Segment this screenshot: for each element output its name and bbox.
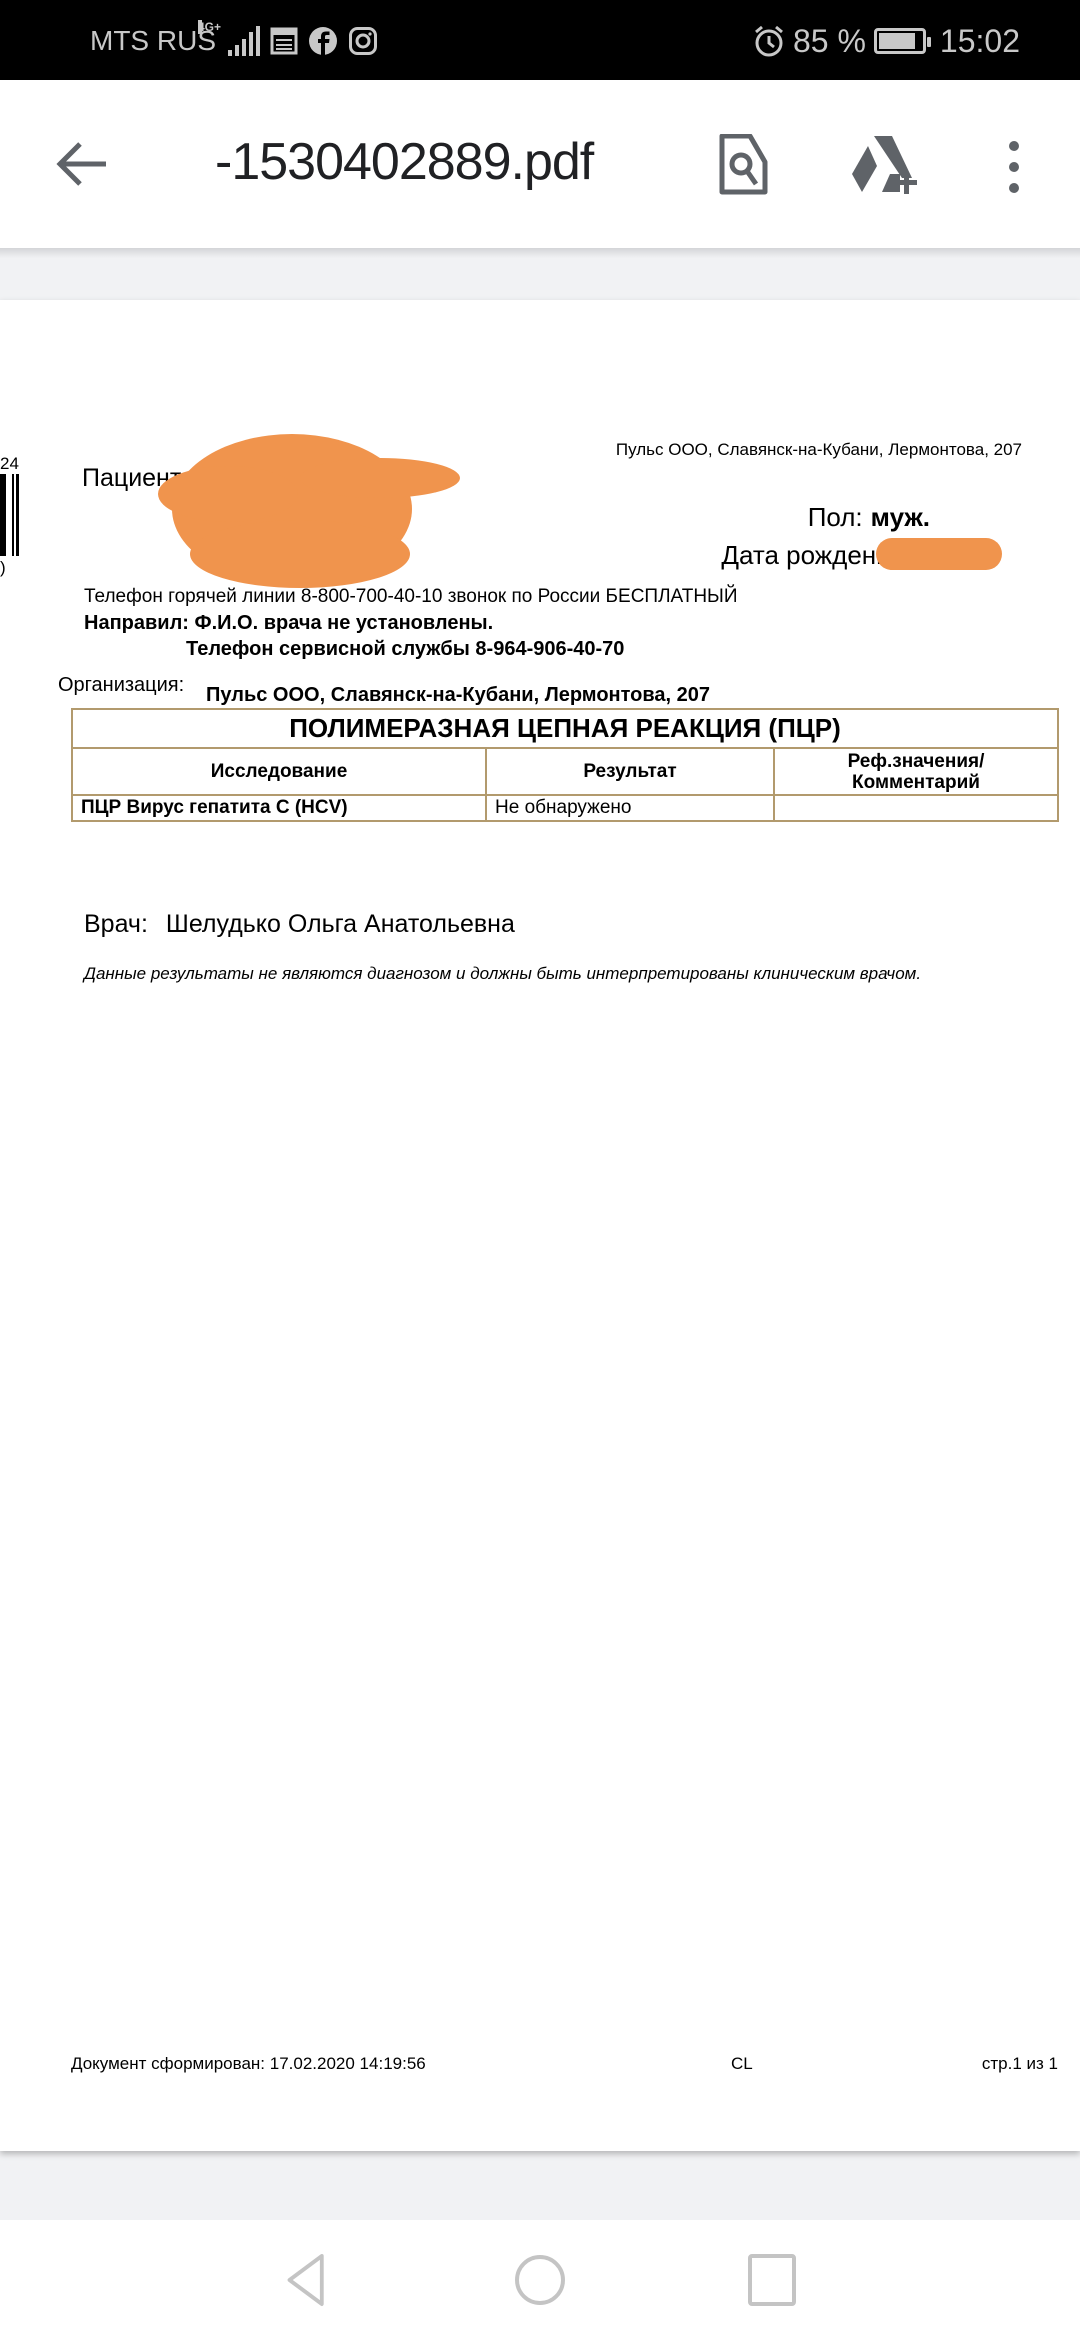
column-header: Реф.значения/ Комментарий	[774, 748, 1058, 795]
doctor-name: Шелудько Ольга Анатольевна	[166, 910, 515, 938]
battery-icon	[874, 28, 926, 54]
barcode-number: 24	[0, 454, 19, 474]
redaction-dob	[876, 538, 1002, 570]
sex-label: Пол:	[808, 502, 863, 532]
results-table: ПОЛИМЕРАЗНАЯ ЦЕПНАЯ РЕАКЦИЯ (ПЦР) Исслед…	[71, 708, 1059, 822]
clock: 15:02	[940, 23, 1020, 60]
table-cell	[774, 795, 1058, 821]
facebook-icon	[308, 26, 338, 56]
signal-icon: 4G+	[228, 26, 260, 56]
disclaimer: Данные результаты не являются диагнозом …	[84, 964, 921, 984]
pdf-page[interactable]: 24 ) Пульс ООО, Славянск-на-Кубани, Лерм…	[0, 300, 1080, 2151]
table-title: ПОЛИМЕРАЗНАЯ ЦЕПНАЯ РЕАКЦИЯ (ПЦР)	[72, 709, 1058, 748]
doctor-line: Врач:Шелудько Ольга Анатольевна	[84, 910, 515, 939]
table-row: ПЦР Вирус гепатита С (HCV) Не обнаружено	[72, 795, 1058, 821]
nav-recents-icon[interactable]	[744, 2252, 800, 2308]
news-icon	[270, 26, 298, 56]
barcode-caption: )	[0, 558, 6, 578]
navigation-bar	[0, 2220, 1080, 2340]
footer-page: стр.1 из 1	[982, 2054, 1058, 2074]
pdf-viewer[interactable]: 24 ) Пульс ООО, Славянск-на-Кубани, Лерм…	[0, 248, 1080, 2220]
doctor-label: Врач:	[84, 910, 148, 938]
nav-home-icon[interactable]	[512, 2252, 568, 2308]
status-bar: MTS RUS 4G+ 85 % 15:02	[0, 0, 1080, 80]
sex-value: муж.	[871, 502, 930, 532]
document-title: -1530402889.pdf	[215, 132, 593, 192]
add-to-drive-icon[interactable]	[852, 134, 922, 196]
more-vert-icon[interactable]	[1000, 140, 1028, 194]
organization-label: Организация:	[58, 674, 184, 697]
table-cell: ПЦР Вирус гепатита С (HCV)	[72, 795, 486, 821]
app-toolbar: -1530402889.pdf	[0, 80, 1080, 248]
table-cell: Не обнаружено	[486, 795, 774, 821]
organization-value: Пульс ООО, Славянск-на-Кубани, Лермонтов…	[206, 684, 710, 707]
alarm-icon	[753, 24, 785, 58]
column-header: Результат	[486, 748, 774, 795]
footer-generated: Документ сформирован: 17.02.2020 14:19:5…	[71, 2054, 426, 2074]
sex-field: Пол:муж.	[808, 502, 930, 533]
lab-header: Пульс ООО, Славянск-на-Кубани, Лермонтов…	[616, 440, 1022, 460]
barcode	[0, 474, 22, 556]
service-phone: Телефон сервисной службы 8-964-906-40-70	[186, 638, 624, 661]
arrow-left-icon[interactable]	[56, 140, 108, 188]
column-header: Исследование	[72, 748, 486, 795]
instagram-icon	[348, 26, 378, 56]
network-type: 4G+	[198, 20, 202, 34]
find-in-page-icon[interactable]	[718, 134, 768, 196]
footer-code: CL	[731, 2054, 753, 2074]
referrer-text: Направил: Ф.И.О. врача не установлены.	[84, 612, 493, 635]
nav-back-icon[interactable]	[282, 2252, 338, 2308]
battery-percent: 85 %	[793, 23, 866, 60]
hotline-text: Телефон горячей линии 8-800-700-40-10 зв…	[84, 586, 738, 608]
